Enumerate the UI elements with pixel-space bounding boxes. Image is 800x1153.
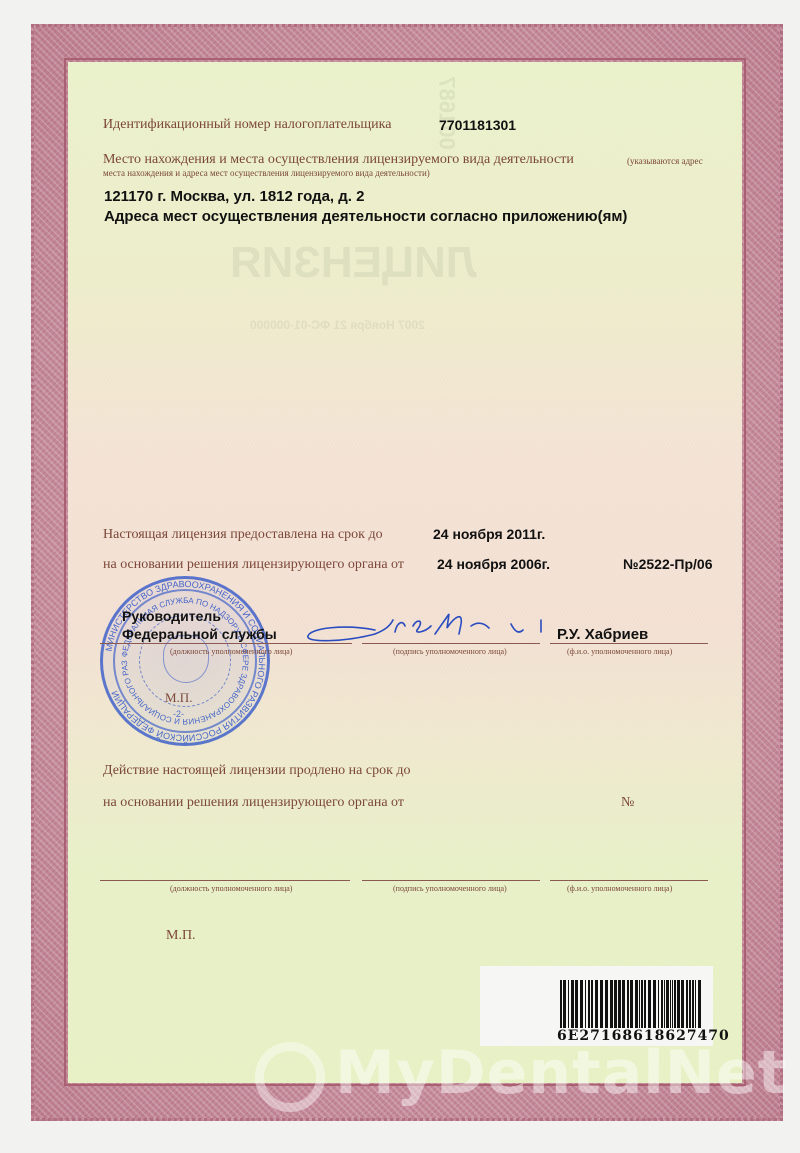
extension-basis-label: на основании решения лицензирующего орга… [103,795,404,811]
show-through-serial: 001687 [434,76,460,149]
extension-seal-label: М.П. [166,928,196,944]
signature-line [362,643,540,644]
basis-number: №2522-Пр/06 [623,556,713,572]
seal-label: М.П. [165,690,192,706]
extension-signature-line [362,880,540,881]
extension-caption-signature: (подпись уполномоченного лица) [393,884,507,893]
extension-term-label: Действие настоящей лицензии продлено на … [103,763,411,779]
term-label: Настоящая лицензия предоставлена на срок… [103,527,383,543]
extension-caption-position: (должность уполномоченного лица) [170,884,292,893]
show-through-line: 2007 Ноября 21 ФС-01-000000 [250,318,425,332]
barcode-label: 6E27168618627470 [480,966,713,1046]
extension-name-line [550,880,708,881]
extension-caption-name: (ф.и.о. уполномоченного лица) [567,884,672,893]
inn-value: 7701181301 [439,117,516,133]
watermark-logo-icon [255,1042,325,1112]
address-line: 121170 г. Москва, ул. 1812 года, д. 2 [104,188,364,205]
term-value: 24 ноября 2011г. [433,526,545,542]
signatory-position-1: Руководитель [122,608,221,624]
barcode [560,980,705,1028]
signatory-position-2: Федеральной службы [122,626,277,642]
caption-position: (должность уполномоченного лица) [170,647,292,656]
address-note: Адреса мест осуществления деятельности с… [104,208,627,225]
location-note-1: (указываются адрес [627,156,703,166]
official-stamp: МИНИСТЕРСТВО ЗДРАВООХРАНЕНИЯ И СОЦИАЛЬНО… [100,576,270,746]
watermark-text: MyDentalNet [335,1038,787,1108]
basis-date: 24 ноября 2006г. [437,556,550,572]
inn-label: Идентификационный номер налогоплательщик… [103,117,391,133]
location-note-2: места нахождения и адреса мест осуществл… [103,168,430,178]
caption-signature: (подпись уполномоченного лица) [393,647,507,656]
extension-number-sign: № [621,795,634,811]
extension-position-line [100,880,350,881]
stamp-index: -2- [173,709,184,719]
caption-name: (ф.и.о. уполномоченного лица) [567,647,672,656]
position-line [100,643,352,644]
location-label: Место нахождения и места осуществления л… [103,152,574,168]
show-through-title: ЛИЦЕНЗИЯ [230,238,477,288]
name-line [550,643,708,644]
basis-label: на основании решения лицензирующего орга… [103,557,404,573]
signatory-name: Р.У. Хабриев [557,626,648,643]
